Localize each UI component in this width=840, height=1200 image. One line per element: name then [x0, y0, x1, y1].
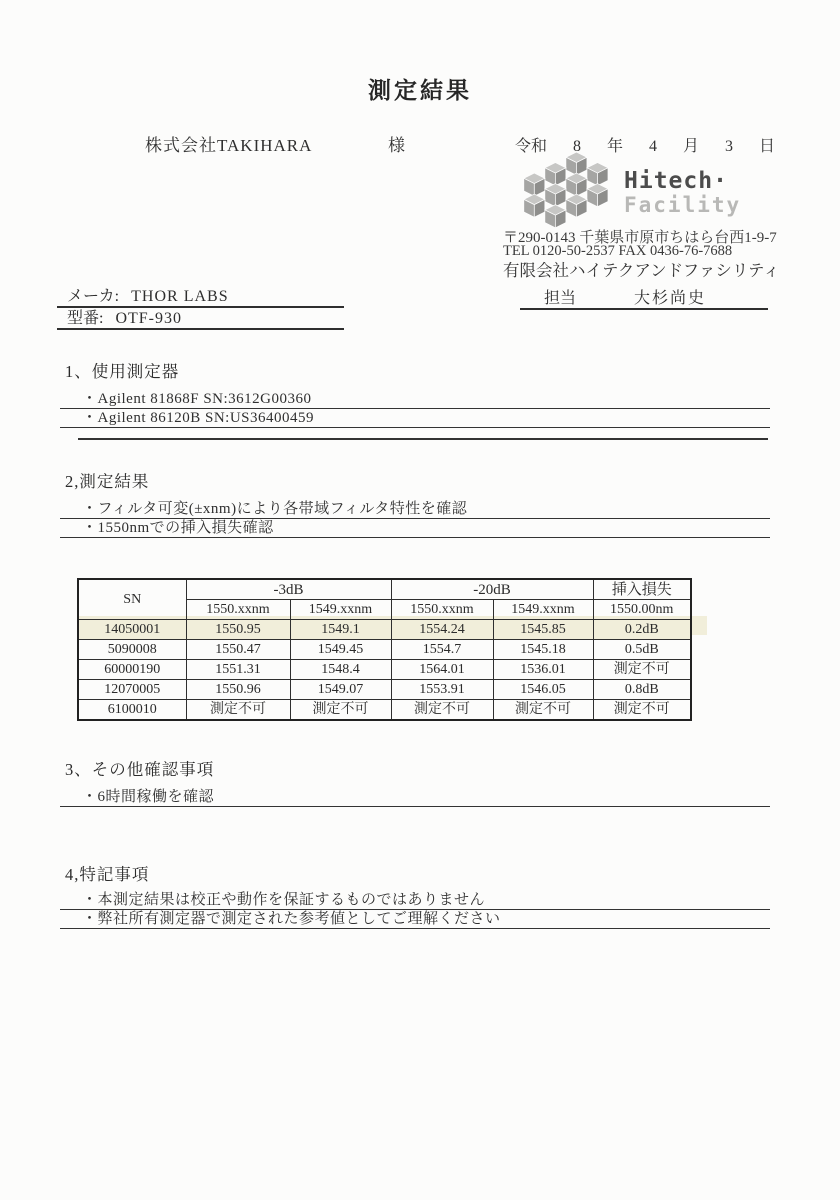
- sub-header: 1549.xxnm: [493, 600, 593, 620]
- sub-header: 1550.xxnm: [391, 600, 493, 620]
- sub-header: 1550.xxnm: [186, 600, 290, 620]
- cell: 0.5dB: [593, 640, 691, 660]
- table-row: 5090008 1550.47 1549.45 1554.7 1545.18 0…: [78, 640, 691, 660]
- date-month-unit: 月: [683, 133, 699, 156]
- section4-heading: 4,特記事項: [65, 861, 149, 885]
- col-header-neg20db: -20dB: [391, 579, 593, 600]
- cell: 0.8dB: [593, 680, 691, 700]
- cell: 1545.18: [493, 640, 593, 660]
- section4-item: ・本測定結果は校正や動作を保証するものではありません: [60, 891, 770, 910]
- company-logo-word-hitech: Hitech·: [624, 168, 728, 194]
- date-day-unit: 日: [759, 133, 775, 156]
- table-row: 12070005 1550.96 1549.07 1553.91 1546.05…: [78, 680, 691, 700]
- model-label: 型番:: [67, 305, 103, 328]
- section2-item: ・フィルタ可変(±xnm)により各帯域フィルタ特性を確認: [60, 500, 770, 519]
- cell: 測定不可: [493, 700, 593, 721]
- maker-label: メーカ:: [67, 283, 119, 306]
- section1-item: ・Agilent 81868F SN:3612G00360: [60, 390, 770, 409]
- cell: 1553.91: [391, 680, 493, 700]
- table-group-header-row: SN -3dB -20dB 挿入損失: [78, 579, 691, 600]
- customer-name: 株式会社TAKIHARA: [145, 131, 312, 156]
- customer-honorific: 様: [388, 131, 405, 156]
- table-row: 14050001 1550.95 1549.1 1554.24 1545.85 …: [78, 620, 691, 640]
- maker-value: THOR LABS: [131, 288, 228, 306]
- cell-sn: 14050001: [78, 620, 186, 640]
- cell: 0.2dB: [593, 620, 691, 640]
- date-day: 3: [725, 138, 733, 156]
- cell: 測定不可: [290, 700, 391, 721]
- table-row: 60000190 1551.31 1548.4 1564.01 1536.01 …: [78, 660, 691, 680]
- col-header-insertion-loss: 挿入損失: [593, 579, 691, 600]
- model-row: 型番: OTF-930: [57, 306, 344, 330]
- cell: 1546.05: [493, 680, 593, 700]
- cell-sn: 5090008: [78, 640, 186, 660]
- section3-item: ・6時間稼働を確認: [60, 788, 770, 807]
- cell-sn: 6100010: [78, 700, 186, 721]
- col-header-neg3db: -3dB: [186, 579, 391, 600]
- company-name: 有限会社ハイテクアンドファシリティ: [503, 257, 780, 281]
- cell: 測定不可: [391, 700, 493, 721]
- scanned-document-page: 測定結果 株式会社TAKIHARA 様 令和 8 年 4 月 3 日 Hitec…: [0, 0, 840, 1200]
- cell: 1549.45: [290, 640, 391, 660]
- cell: 1549.07: [290, 680, 391, 700]
- contact-person-row: 担当 大杉尚史: [520, 284, 768, 310]
- col-header-sn: SN: [78, 579, 186, 620]
- sub-header: 1549.xxnm: [290, 600, 391, 620]
- table-row: 6100010 測定不可 測定不可 測定不可 測定不可 測定不可: [78, 700, 691, 721]
- model-value: OTF-930: [115, 310, 182, 328]
- measurement-table: SN -3dB -20dB 挿入損失 1550.xxnm 1549.xxnm 1…: [77, 578, 692, 721]
- cell: 1549.1: [290, 620, 391, 640]
- cell: 1550.95: [186, 620, 290, 640]
- section4-item: ・弊社所有測定器で測定された参考値としてご理解ください: [60, 910, 770, 929]
- cell: 1536.01: [493, 660, 593, 680]
- section2-heading: 2,測定結果: [65, 468, 149, 492]
- cell: 1554.24: [391, 620, 493, 640]
- section1-item: ・Agilent 86120B SN:US36400459: [60, 409, 770, 428]
- page-title: 測定結果: [0, 72, 840, 105]
- company-logo-cubes-icon: [516, 152, 620, 232]
- section1-heading: 1、使用測定器: [65, 358, 179, 382]
- cell: 1564.01: [391, 660, 493, 680]
- cell: 1550.96: [186, 680, 290, 700]
- cell-sn: 12070005: [78, 680, 186, 700]
- cell: 1548.4: [290, 660, 391, 680]
- section2-item: ・1550nmでの挿入損失確認: [60, 519, 770, 538]
- cell: 1551.31: [186, 660, 290, 680]
- cell: 1550.47: [186, 640, 290, 660]
- blank-underline: [78, 428, 768, 440]
- section3-heading: 3、その他確認事項: [65, 756, 214, 780]
- date-month: 4: [649, 138, 657, 156]
- cell: 1545.85: [493, 620, 593, 640]
- contact-label: 担当: [544, 285, 576, 308]
- company-logo-word-facility: Facility: [624, 193, 741, 217]
- cell-sn: 60000190: [78, 660, 186, 680]
- cell: 測定不可: [593, 660, 691, 680]
- sub-header: 1550.00nm: [593, 600, 691, 620]
- cell: 測定不可: [186, 700, 290, 721]
- contact-name: 大杉尚史: [634, 285, 706, 308]
- cell: 測定不可: [593, 700, 691, 721]
- cell: 1554.7: [391, 640, 493, 660]
